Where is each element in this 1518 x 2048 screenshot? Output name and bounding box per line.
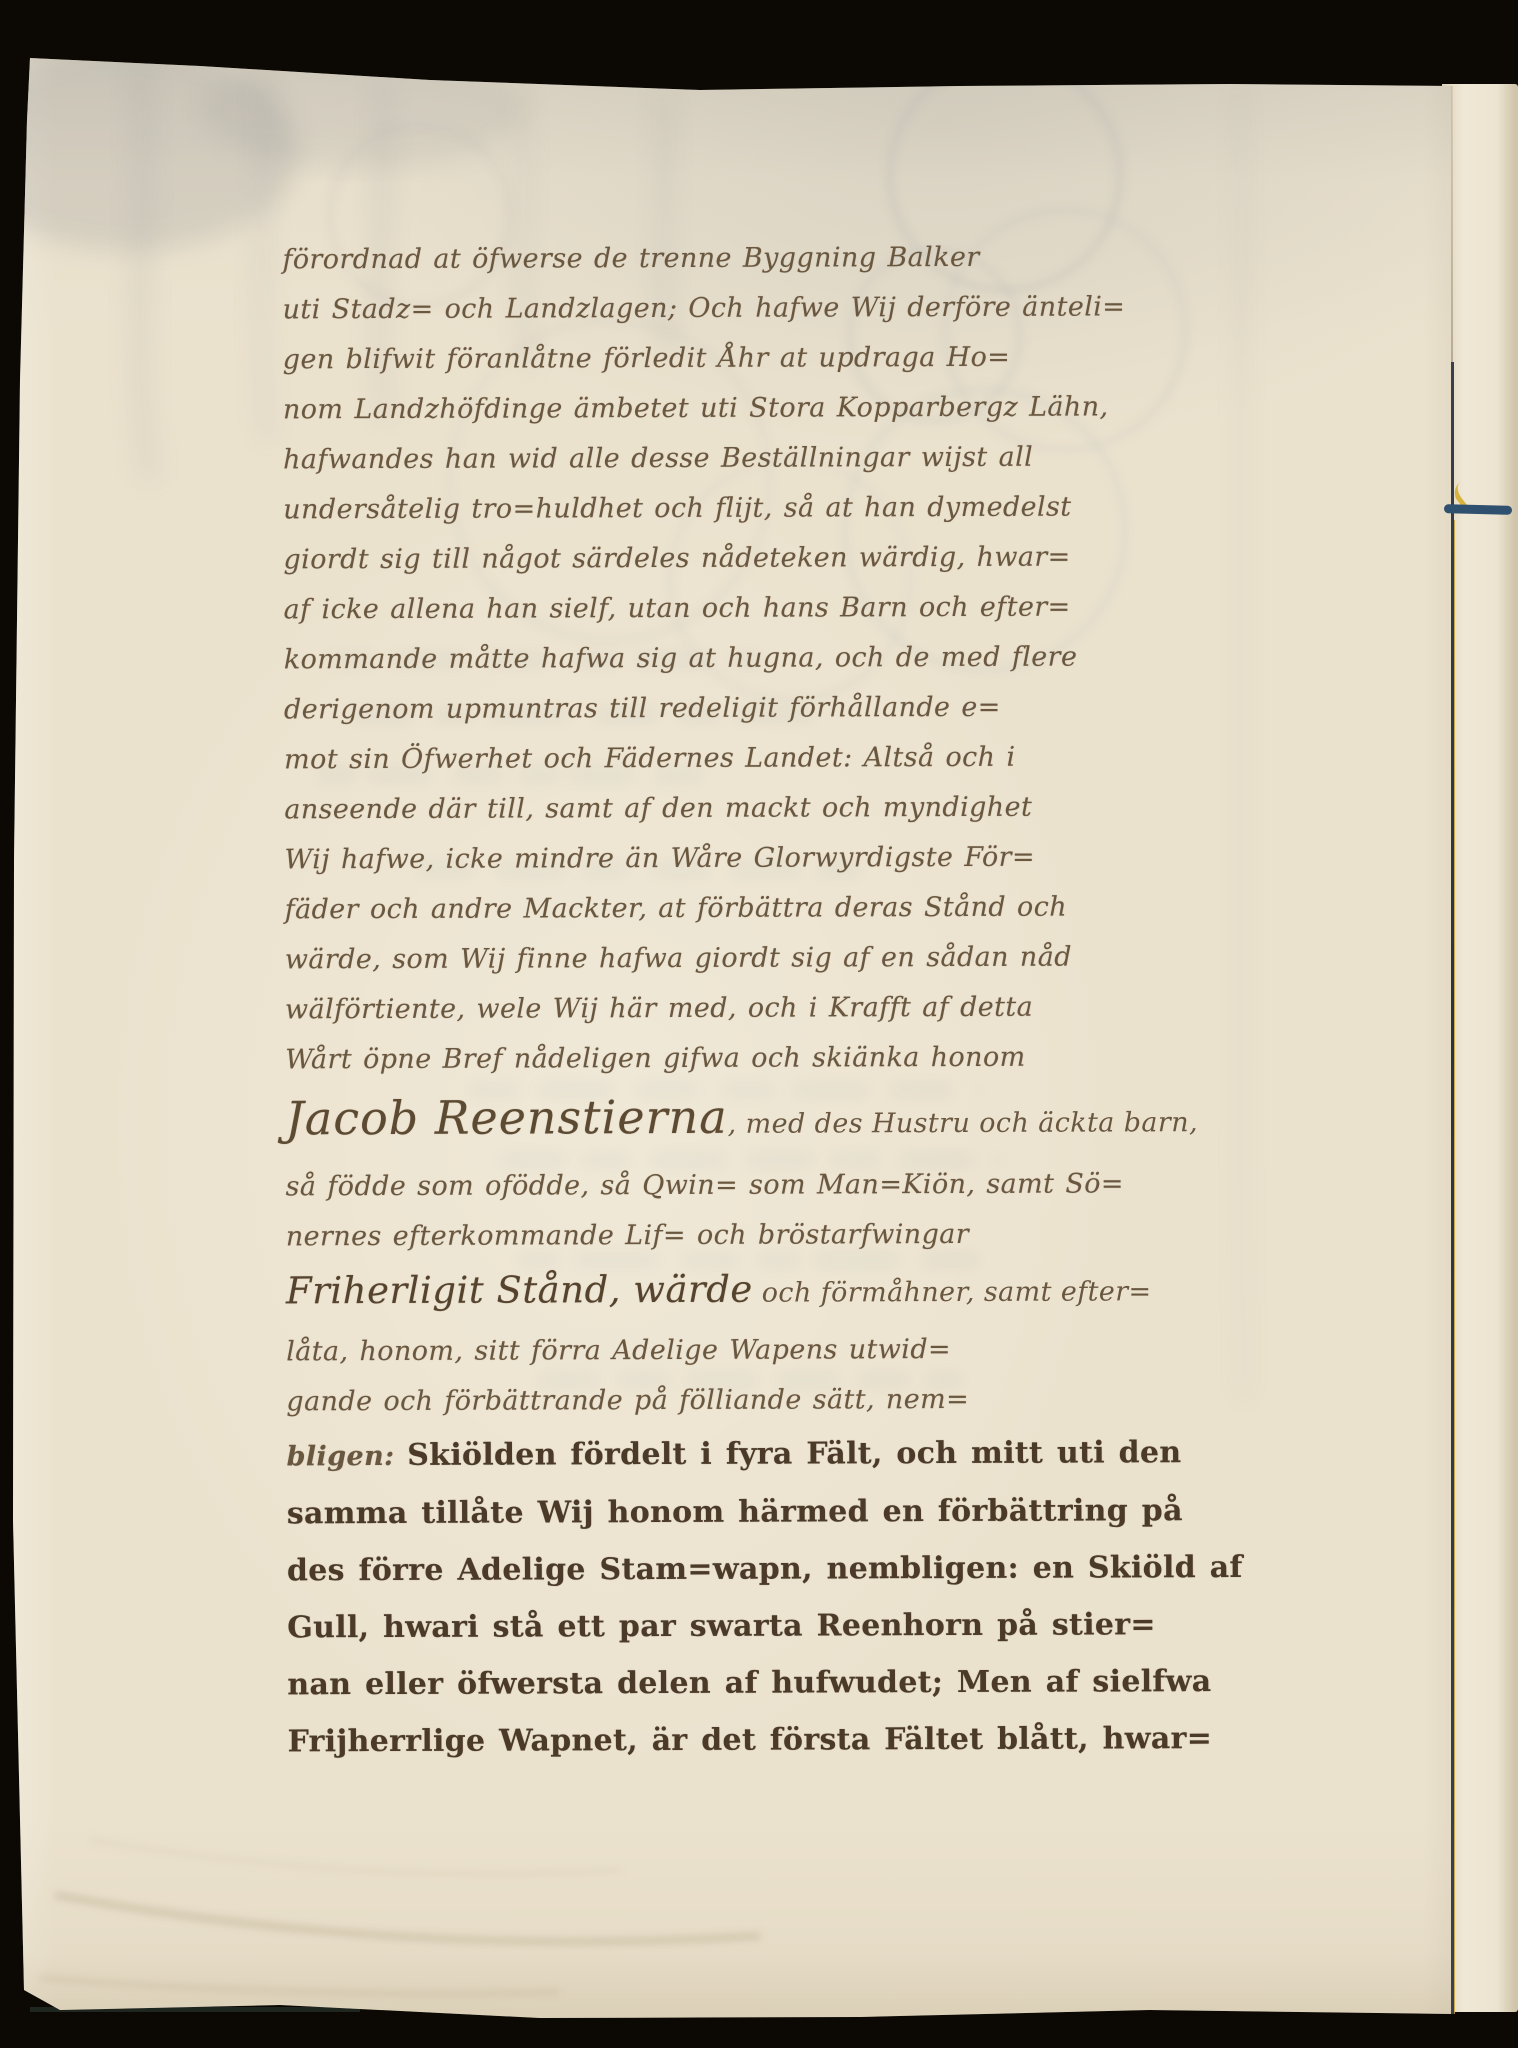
line-text: giordt sig till något särdeles nådeteken… — [283, 542, 1070, 576]
line-text: mot sin Öfwerhet och Fädernes Landet: Al… — [284, 742, 1015, 776]
manuscript-line: så födde som ofödde, så Qwin= som Man=Ki… — [286, 1160, 1046, 1213]
line-text: wärde, som Wij finne hafwa giordt sig af… — [285, 942, 1072, 976]
manuscript-line: Wårt öpne Bref nådeligen gifwa och skiän… — [285, 1033, 1045, 1086]
line-text: nom Landzhöfdinge ämbetet uti Stora Kopp… — [283, 391, 1109, 425]
manuscript-line: förordnad at öfwerse de trenne Byggning … — [282, 233, 1042, 286]
manuscript-line: nom Landzhöfdinge ämbetet uti Stora Kopp… — [283, 383, 1043, 436]
binding-stitch-gold-twist — [1454, 520, 1455, 2014]
manuscript-line: anseende där till, samt af den mackt och… — [284, 783, 1044, 836]
line-text: nernes efterkommande Lif= och bröstarfwi… — [286, 1219, 969, 1252]
manuscript-line-blazon: bligen: Skiölden fördelt i fyra Fält, oc… — [286, 1425, 1046, 1486]
manuscript-line: låta, honom, sitt förra Adelige Wapens u… — [286, 1325, 1046, 1378]
line-text: Frijherrlige Wapnet, är det första Fälte… — [288, 1721, 1213, 1759]
manuscript-line: giordt sig till något särdeles nådeteken… — [283, 533, 1043, 586]
line-text: anseende där till, samt af den mackt och… — [284, 792, 1032, 826]
manuscript-line-blazon: nan eller öfwersta delen af hufwudet; Me… — [287, 1654, 1047, 1714]
line-text: Wårt öpne Bref nådeligen gifwa och skiän… — [285, 1042, 1026, 1076]
line-text: Gull, hwari stå ett par swarta Reenhorn … — [287, 1607, 1156, 1645]
line-text: wälförtiente, wele Wij här med, och i Kr… — [285, 992, 1033, 1026]
manuscript-line: fäder och andre Mackter, at förbättra de… — [285, 883, 1045, 936]
manuscript-line-grantee: Jacob Reenstierna, med des Hustru och äc… — [285, 1083, 1045, 1163]
manuscript-line: nernes efterkommande Lif= och bröstarfwi… — [286, 1210, 1046, 1263]
line-text: derigenom upmuntras till redeligit förhå… — [284, 692, 1001, 726]
phrase-friherligit-stand: Friherligit Stånd, wärde — [286, 1268, 753, 1313]
manuscript-line-blazon: samma tillåte Wij honom härmed en förbät… — [287, 1483, 1047, 1543]
manuscript-line: derigenom upmuntras till redeligit förhå… — [284, 683, 1044, 736]
line-text: Wij hafwe, icke mindre än Wåre Glorwyrdi… — [284, 842, 1035, 876]
line-text: bligen: — [287, 1441, 408, 1472]
manuscript-line: kommande måtte hafwa sig at hugna, och d… — [284, 633, 1044, 686]
line-text: undersåtelig tro=huldhet och flijt, så a… — [283, 492, 1071, 526]
manuscript-line: gande och förbättrande på fölliande sätt… — [286, 1375, 1046, 1428]
line-text: Skiölden fördelt i fyra Fält, och mitt u… — [407, 1435, 1181, 1473]
line-text: des förre Adelige Stam=wapn, nembligen: … — [287, 1550, 1243, 1588]
line-text: och förmåhner, samt efter= — [753, 1276, 1152, 1308]
vellum-page: förordnad at öfwerse de trenne Byggning … — [0, 0, 1518, 2048]
line-text: så födde som ofödde, så Qwin= som Man=Ki… — [286, 1168, 1124, 1202]
line-text: af icke allena han sielf, utan och hans … — [284, 592, 1071, 626]
line-text: hafwandes han wid alle desse Beställning… — [283, 442, 1033, 476]
line-text: uti Stadz= och Landzlagen; Och hafwe Wij… — [283, 291, 1126, 325]
line-text: fäder och andre Mackter, at förbättra de… — [285, 892, 1067, 926]
manuscript-text-block: förordnad at öfwerse de trenne Byggning … — [282, 233, 1047, 1771]
line-text: gen blifwit föranlåtne förledit Åhr at u… — [283, 342, 1011, 376]
manuscript-line: wärde, som Wij finne hafwa giordt sig af… — [285, 933, 1045, 986]
manuscript-line: gen blifwit föranlåtne förledit Åhr at u… — [283, 333, 1043, 386]
line-text: kommande måtte hafwa sig at hugna, och d… — [284, 642, 1078, 676]
manuscript-line: af icke allena han sielf, utan och hans … — [284, 583, 1044, 636]
line-text: samma tillåte Wij honom härmed en förbät… — [287, 1493, 1183, 1531]
line-text: låta, honom, sitt förra Adelige Wapens u… — [286, 1334, 951, 1367]
line-text: nan eller öfwersta delen af hufwudet; Me… — [287, 1664, 1211, 1702]
binding-thread-blue — [1444, 504, 1512, 515]
manuscript-line-blazon: des förre Adelige Stam=wapn, nembligen: … — [287, 1540, 1047, 1600]
line-text: , med des Hustru och äckta barn, — [728, 1107, 1198, 1140]
name-jacob-reenstierna: Jacob Reenstierna — [285, 1090, 727, 1146]
page-fold-crease — [1451, 86, 1453, 364]
manuscript-line: hafwandes han wid alle desse Beställning… — [283, 433, 1043, 486]
manuscript-line: Wij hafwe, icke mindre än Wåre Glorwyrdi… — [284, 833, 1044, 886]
manuscript-line: wälförtiente, wele Wij här med, och i Kr… — [285, 983, 1045, 1036]
manuscript-line-blazon: Frijherrlige Wapnet, är det första Fälte… — [287, 1711, 1047, 1771]
line-text: förordnad at öfwerse de trenne Byggning … — [282, 242, 979, 275]
photographed-manuscript: { "palette": { "background": "#0c0905", … — [0, 0, 1518, 2048]
manuscript-line: uti Stadz= och Landzlagen; Och hafwe Wij… — [282, 283, 1042, 336]
line-text: gande och förbättrande på fölliande sätt… — [286, 1384, 969, 1417]
manuscript-line: mot sin Öfwerhet och Fädernes Landet: Al… — [284, 733, 1044, 786]
manuscript-line-baronial-rank: Friherligit Stånd, wärde och förmåhner, … — [286, 1260, 1046, 1328]
manuscript-line-blazon: Gull, hwari stå ett par swarta Reenhorn … — [287, 1597, 1047, 1657]
manuscript-line: undersåtelig tro=huldhet och flijt, så a… — [283, 483, 1043, 536]
